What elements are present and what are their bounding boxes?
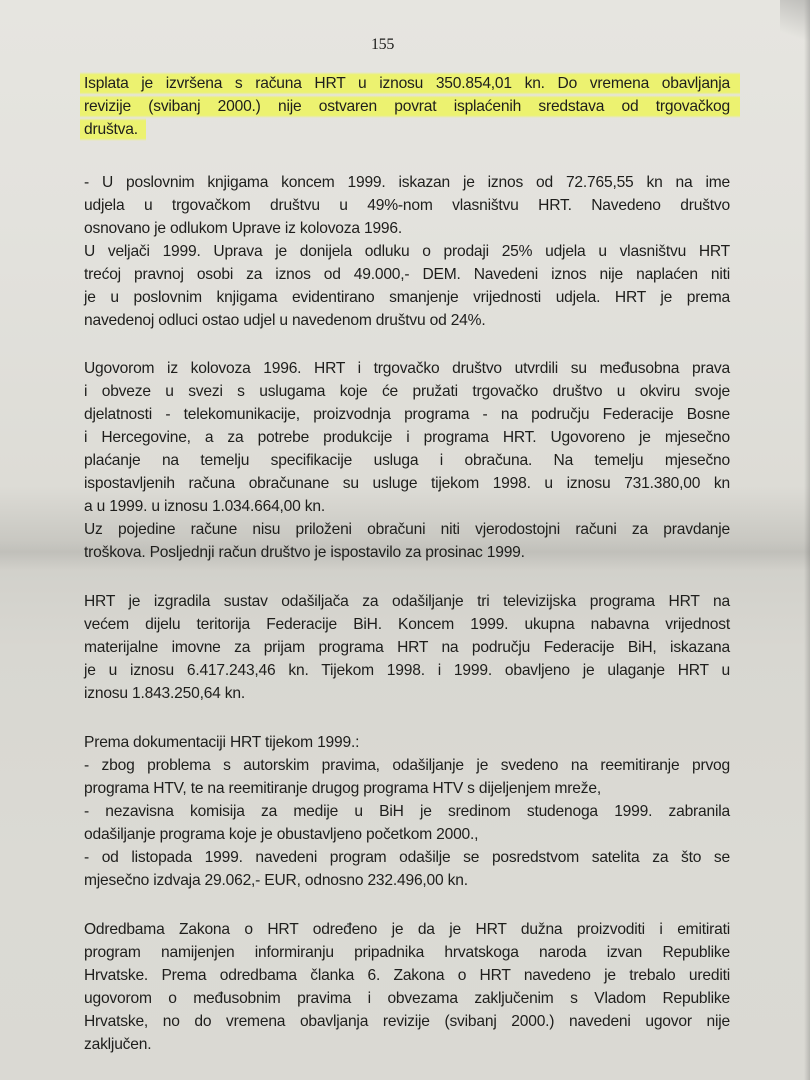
text-line: revizije (svibanj 2000.) nije ostvaren p…: [80, 95, 740, 118]
text-line: ugovorom o međusobnim pravima i obvezama…: [84, 987, 730, 1010]
text-line: Ugovorom iz kolovoza 1996. HRT i trgovač…: [84, 357, 730, 380]
paragraph-transmitter-system: HRT je izgradila sustav odašiljača za od…: [84, 590, 730, 705]
text-line: program namijenjen informiranju pripadni…: [84, 941, 730, 964]
text-line: Hrvatske, no do vremena obavljanja reviz…: [84, 1010, 730, 1033]
paragraph-contract-1996: Ugovorom iz kolovoza 1996. HRT i trgovač…: [84, 357, 730, 564]
text-line: U veljači 1999. Uprava je donijela odluk…: [84, 240, 730, 263]
text-line: i obveze u svezi s uslugama koje će pruž…: [84, 380, 730, 403]
paragraph-law-provisions: Odredbama Zakona o HRT određeno je da je…: [84, 918, 730, 1056]
text-line: udjela u trgovačkom društvu u 49%-nom vl…: [84, 194, 730, 217]
text-line: navedenoj odluci ostao udjel u navedenom…: [84, 309, 730, 332]
page-number: 155: [0, 36, 765, 54]
text-line: osnovano je odlukom Uprave iz kolovoza 1…: [84, 217, 730, 240]
text-line: ispostavljenih računa obračunane su uslu…: [84, 472, 730, 495]
text-line: Prema dokumentaciji HRT tijekom 1999.:: [84, 731, 730, 754]
text-line: je u poslovnim knjigama evidentirano sma…: [84, 286, 730, 309]
text-line: zaključen.: [84, 1033, 730, 1056]
text-line: odašiljanje programa koje je obustavljen…: [84, 823, 730, 846]
text-line: - zbog problema s autorskim pravima, oda…: [84, 754, 730, 777]
text-line: društva.: [80, 118, 146, 141]
text-line: mjesečno izdvaja 29.062,- EUR, odnosno 2…: [84, 869, 730, 892]
text-line: - nezavisna komisija za medije u BiH je …: [84, 800, 730, 823]
text-line: programa HTV, te na reemitiranje drugog …: [84, 777, 730, 800]
page-corner-shadow: [780, 0, 810, 60]
text-line: a u 1999. u iznosu 1.034.664,00 kn.: [84, 495, 730, 518]
text-line: iznosu 1.843.250,64 kn.: [84, 682, 730, 705]
paragraph-company-share: - U poslovnim knjigama koncem 1999. iska…: [84, 171, 730, 332]
paragraph-documentation-1999: Prema dokumentaciji HRT tijekom 1999.: -…: [84, 731, 730, 892]
text-line: HRT je izgradila sustav odašiljača za od…: [84, 590, 730, 613]
text-line: trećoj pravnoj osobi za iznos od 49.000,…: [84, 263, 730, 286]
text-line: Uz pojedine račune nisu priloženi obraču…: [84, 518, 730, 541]
text-line: je u iznosu 6.417.243,46 kn. Tijekom 199…: [84, 659, 730, 682]
text-line: i Hercegovine, a za potrebe produkcije i…: [84, 426, 730, 449]
text-line: Odredbama Zakona o HRT određeno je da je…: [84, 918, 730, 941]
paragraph-highlighted-payment: Isplata je izvršena s računa HRT u iznos…: [84, 72, 730, 141]
text-line: troškova. Posljednji račun društvo je is…: [84, 541, 730, 564]
text-line: materijalne imovne za prijam programa HR…: [84, 636, 730, 659]
text-line: Isplata je izvršena s računa HRT u iznos…: [80, 72, 740, 95]
text-line: Hrvatske. Prema odredbama članka 6. Zako…: [84, 964, 730, 987]
document-body: Isplata je izvršena s računa HRT u iznos…: [84, 72, 730, 1080]
text-line: plaćanje na temelju specifikacije usluga…: [84, 449, 730, 472]
text-line: - U poslovnim knjigama koncem 1999. iska…: [84, 171, 730, 194]
text-line: većem dijelu teritorija Federacije BiH. …: [84, 613, 730, 636]
text-line: djelatnosti - telekomunikacije, proizvod…: [84, 403, 730, 426]
text-line: - od listopada 1999. navedeni program od…: [84, 846, 730, 869]
